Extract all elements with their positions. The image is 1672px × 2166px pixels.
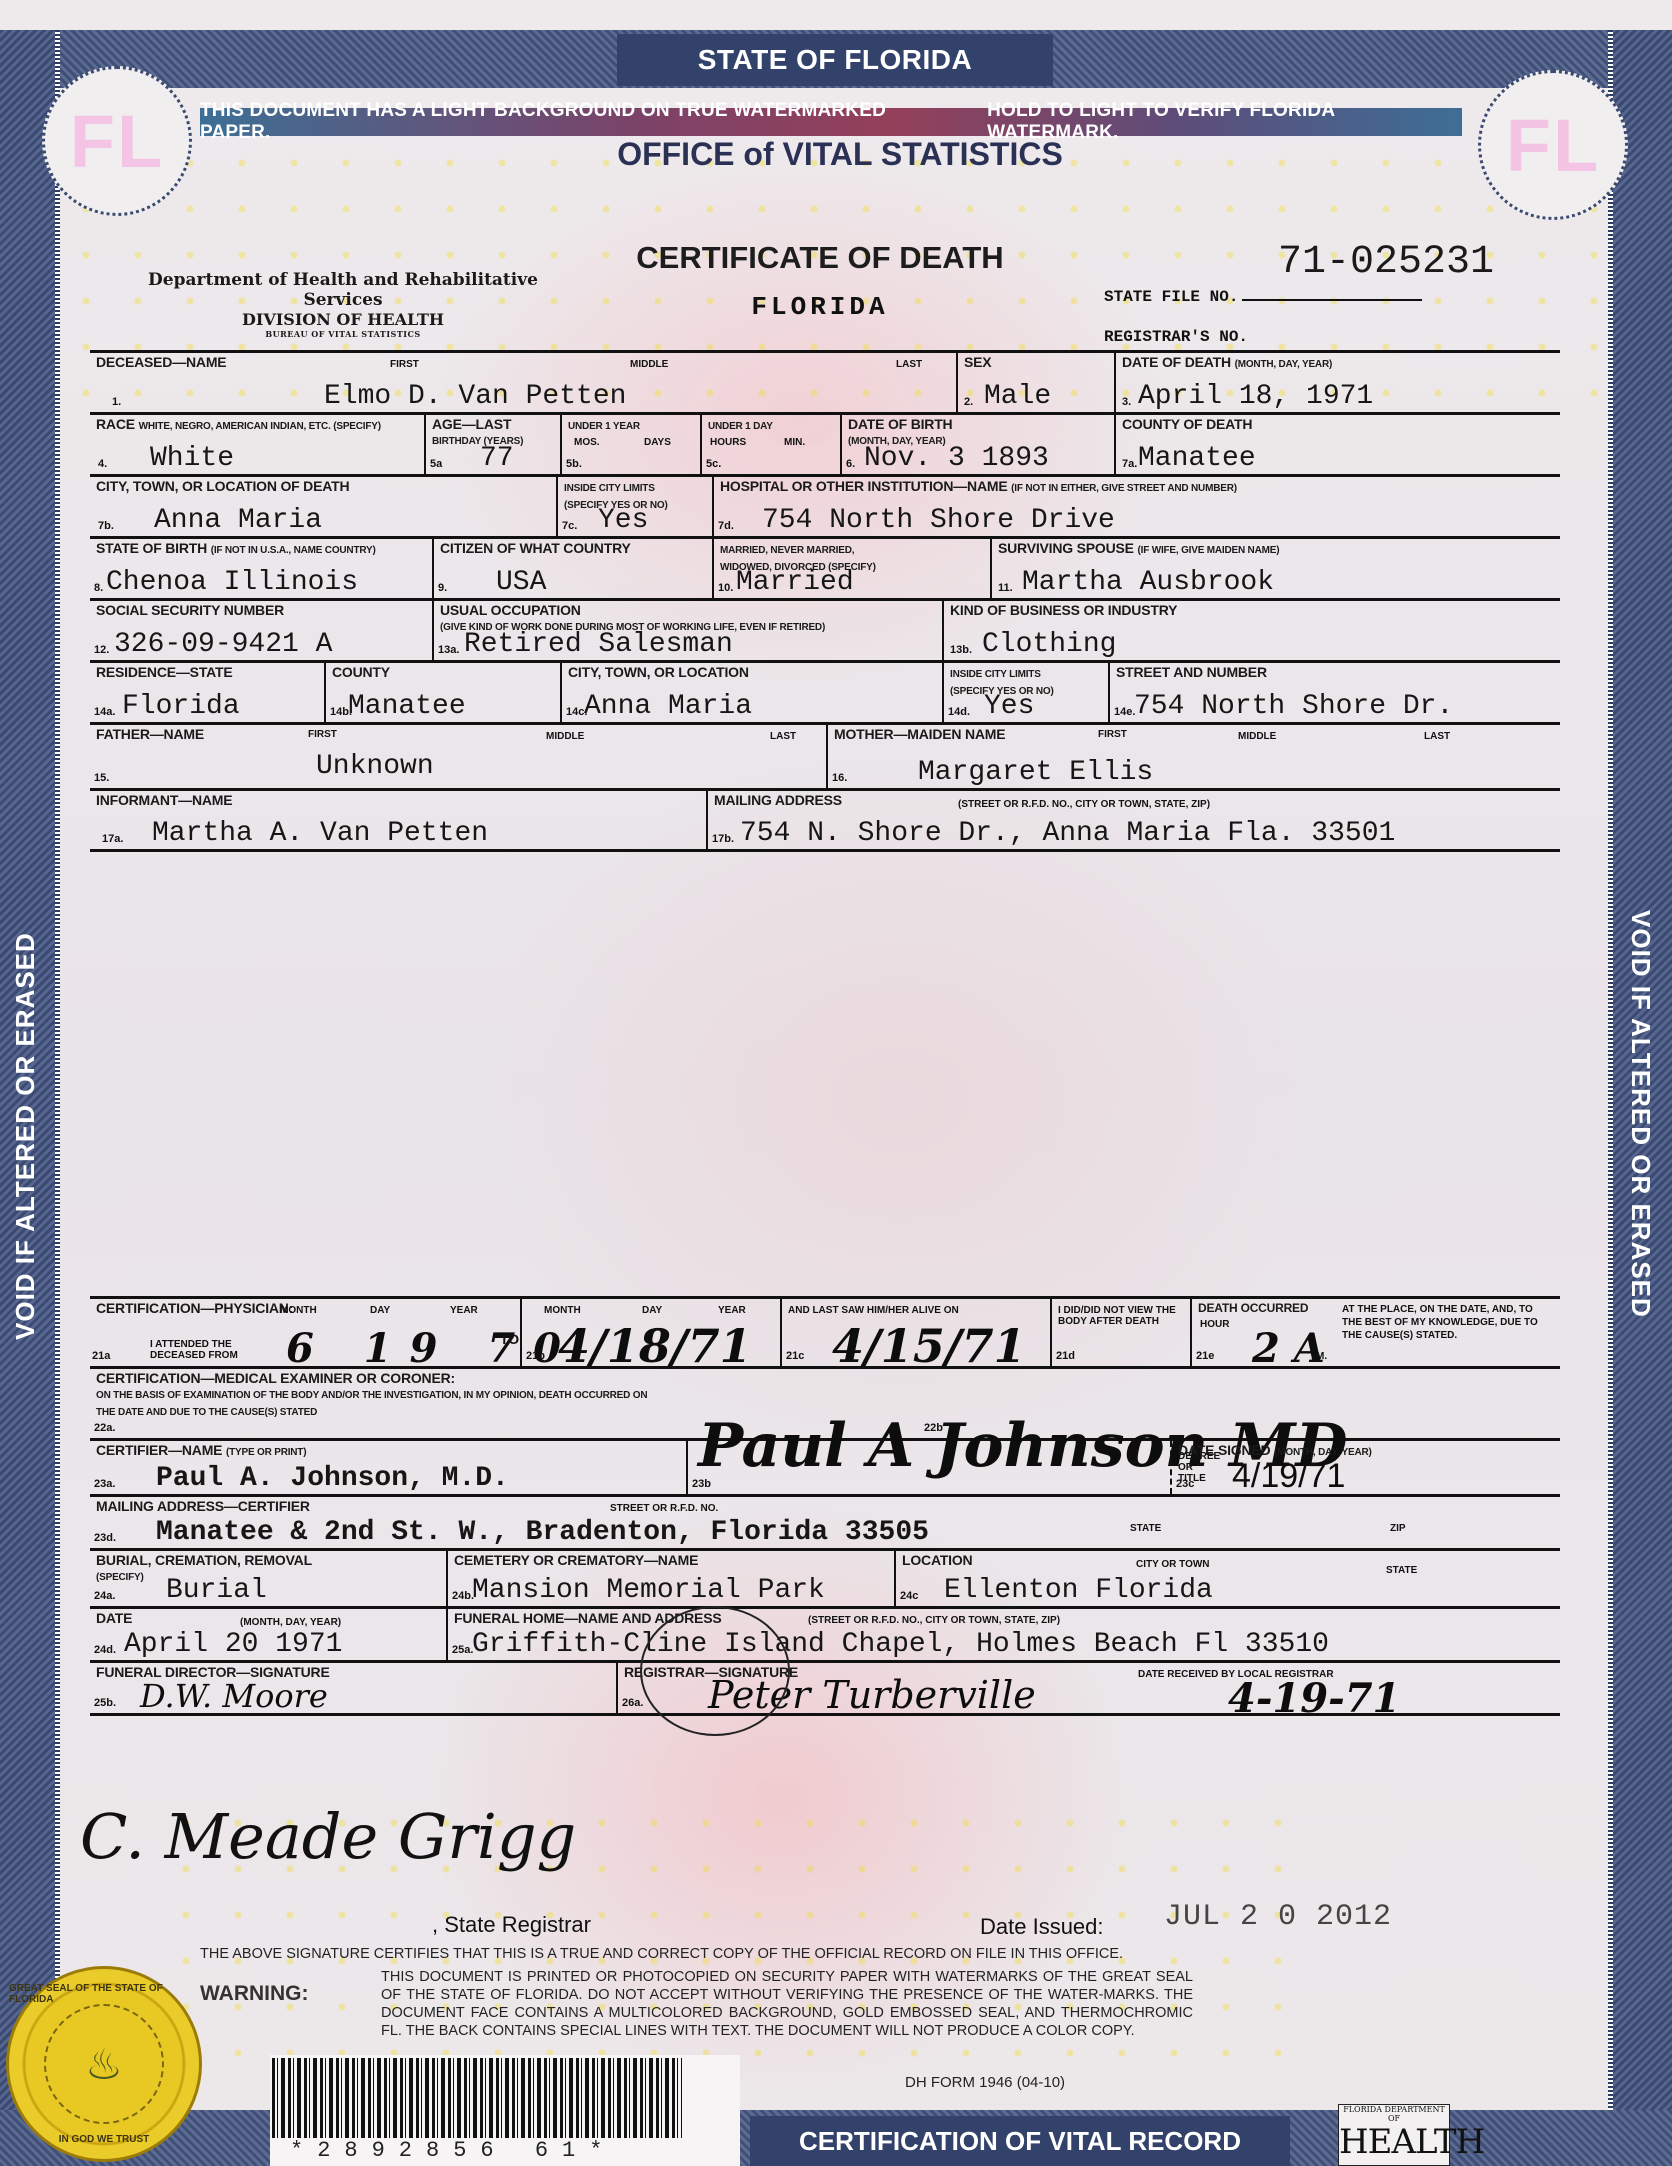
bureau-name: BUREAU OF VITAL STATISTICS	[108, 329, 578, 339]
field-informant-mailing: MAILING ADDRESS (STREET OR R.F.D. NO., C…	[706, 791, 1560, 849]
row-residence: RESIDENCE—STATE 14a. Florida COUNTY 14b.…	[90, 660, 1560, 722]
certificate-title: CERTIFICATE OF DEATH	[560, 240, 1080, 276]
field-father: FATHER—NAME FIRST MIDDLE LAST 15. Unknow…	[90, 725, 826, 788]
row-disposition: BURIAL, CREMATION, REMOVAL (SPECIFY) 24a…	[90, 1548, 1560, 1606]
field-residence-state: RESIDENCE—STATE 14a. Florida	[90, 663, 324, 722]
field-death-hour: DEATH OCCURRED HOUR 21e 2 A M. AT THE PL…	[1190, 1299, 1560, 1366]
division-name: DIVISION OF HEALTH	[108, 310, 578, 329]
field-residence-county: COUNTY 14b. Manatee	[324, 663, 560, 722]
field-citizen: CITIZEN OF WHAT COUNTRY 9. USA	[432, 539, 712, 598]
row-signatures: FUNERAL DIRECTOR—SIGNATURE 25b. D.W. Moo…	[90, 1660, 1560, 1716]
state-file-label: STATE FILE NO.	[1104, 288, 1422, 306]
vital-record-banner: CERTIFICATION OF VITAL RECORD	[750, 2116, 1290, 2166]
void-notice-left: VOID IF ALTERED OR ERASED	[10, 932, 41, 1340]
field-last-saw-alive: AND LAST SAW HIM/HER ALIVE ON 21c 4/15/7…	[780, 1299, 1050, 1366]
field-ssn: SOCIAL SECURITY NUMBER 12. 326-09-9421 A	[90, 601, 432, 660]
row-race-age: RACE WHITE, NEGRO, AMERICAN INDIAN, ETC.…	[90, 412, 1560, 474]
watermark-notice: THIS DOCUMENT HAS A LIGHT BACKGROUND ON …	[200, 108, 1462, 136]
field-under-1-day: UNDER 1 DAY HOURS MIN. 5c.	[700, 415, 840, 474]
florida-health-logo: FLORIDA DEPARTMENT OF HEALTH	[1338, 2104, 1450, 2166]
state-banner: STATE OF FLORIDA	[617, 34, 1053, 86]
field-date-of-death: DATE OF DEATH (MONTH, DAY, YEAR) 3. Apri…	[1114, 353, 1560, 412]
row-parents: FATHER—NAME FIRST MIDDLE LAST 15. Unknow…	[90, 722, 1560, 788]
dept-name: Department of Health and Rehabilitative …	[108, 270, 578, 310]
row-birth-citizen: STATE OF BIRTH (IF NOT IN U.S.A., NAME C…	[90, 536, 1560, 598]
field-race: RACE WHITE, NEGRO, AMERICAN INDIAN, ETC.…	[90, 415, 424, 474]
row-certifier: CERTIFIER—NAME (TYPE OR PRINT) 23a. Paul…	[90, 1438, 1560, 1494]
warning-label: WARNING:	[200, 1982, 309, 2006]
field-hospital: HOSPITAL OR OTHER INSTITUTION—NAME (IF N…	[712, 477, 1560, 536]
certification-statement: THE ABOVE SIGNATURE CERTIFIES THAT THIS …	[200, 1946, 1220, 1962]
registrar-no-label: REGISTRAR'S NO.	[1104, 328, 1248, 346]
field-attended-to: MONTH DAY YEAR 21b 4/18/71	[520, 1299, 780, 1366]
field-occupation: USUAL OCCUPATION (GIVE KIND OF WORK DONE…	[432, 601, 942, 660]
row-informant: INFORMANT—NAME 17a. Martha A. Van Petten…	[90, 788, 1560, 852]
field-certifier-name: CERTIFIER—NAME (TYPE OR PRINT) 23a. Paul…	[90, 1441, 686, 1494]
field-state-of-birth: STATE OF BIRTH (IF NOT IN U.S.A., NAME C…	[90, 539, 432, 598]
date-issued-label: Date Issued:	[980, 1914, 1104, 1940]
void-notice-right: VOID IF ALTERED OR ERASED	[1625, 910, 1656, 1318]
thermochromic-fl-right-icon: FL	[1478, 70, 1628, 220]
form-number: DH FORM 1946 (04-10)	[905, 2074, 1065, 2091]
row-physician: CERTIFICATION—PHYSICIAN: I ATTENDED THE …	[90, 1296, 1560, 1366]
row-ssn-occupation: SOCIAL SECURITY NUMBER 12. 326-09-9421 A…	[90, 598, 1560, 660]
date-issued-value: JUL 2 0 2012	[1164, 1900, 1392, 1934]
barcode-icon	[272, 2058, 682, 2138]
field-under-1-year: UNDER 1 YEAR MOS. DAYS 5b.	[560, 415, 700, 474]
circle-mark	[640, 1606, 790, 1736]
row-certifier-mailing: MAILING ADDRESS—CERTIFIER STREET OR R.F.…	[90, 1494, 1560, 1548]
row-name: DECEASED—NAME FIRST MIDDLE LAST 1. Elmo …	[90, 350, 1560, 412]
field-business: KIND OF BUSINESS OR INDUSTRY 13b. Clothi…	[942, 601, 1560, 660]
field-marital-status: MARRIED, NEVER MARRIED, WIDOWED, DIVORCE…	[712, 539, 990, 598]
field-surviving-spouse: SURVIVING SPOUSE (IF WIFE, GIVE MAIDEN N…	[990, 539, 1560, 598]
field-residence-inside-city: INSIDE CITY LIMITS (SPECIFY YES OR NO) 1…	[942, 663, 1108, 722]
field-burial-method: BURIAL, CREMATION, REMOVAL (SPECIFY) 24a…	[90, 1551, 446, 1606]
great-seal-icon: ♨ GREAT SEAL OF THE STATE OF FLORIDA IN …	[6, 1966, 202, 2162]
field-attended-from: CERTIFICATION—PHYSICIAN: I ATTENDED THE …	[90, 1299, 520, 1366]
field-date-signed: DATE SIGNED (MONTH, DAY, YEAR) 23c 4/19/…	[1170, 1441, 1560, 1494]
deceased-name-value: Elmo D. Van Petten	[324, 382, 626, 412]
field-certifier-signature: 23b Paul A Johnson MD DEGREE OR TITLE	[686, 1441, 1170, 1494]
field-funeral-home: FUNERAL HOME—NAME AND ADDRESS (STREET OR…	[446, 1609, 1560, 1660]
field-informant: INFORMANT—NAME 17a. Martha A. Van Petten	[90, 791, 706, 849]
field-city-of-death: CITY, TOWN, OR LOCATION OF DEATH 7b. Ann…	[90, 477, 556, 536]
row-place-of-death: CITY, TOWN, OR LOCATION OF DEATH 7b. Ann…	[90, 474, 1560, 536]
field-mother: MOTHER—MAIDEN NAME FIRST MIDDLE LAST 16.…	[826, 725, 1560, 788]
barcode-number: *2892856 61*	[290, 2138, 616, 2163]
field-name: DECEASED—NAME FIRST MIDDLE LAST 1. Elmo …	[90, 353, 956, 412]
field-county-of-death: COUNTY OF DEATH 7a. Manatee	[1114, 415, 1560, 474]
field-cemetery: CEMETERY OR CREMATORY—NAME 24b. Mansion …	[446, 1551, 894, 1606]
field-residence-city: CITY, TOWN, OR LOCATION 14c. Anna Maria	[560, 663, 942, 722]
field-age: AGE—LAST BIRTHDAY (YEARS) 5a 77	[424, 415, 560, 474]
field-residence-street: STREET AND NUMBER 14e. 754 North Shore D…	[1108, 663, 1560, 722]
field-certifier-mailing: MAILING ADDRESS—CERTIFIER STREET OR R.F.…	[90, 1497, 1560, 1548]
office-title: OFFICE of VITAL STATISTICS	[560, 136, 1120, 173]
palm-tree-icon: ♨	[44, 2004, 164, 2124]
state-registrar-signature: C. Meade Grigg	[80, 1800, 576, 1873]
thermochromic-fl-left-icon: FL	[42, 66, 192, 216]
field-burial-date: DATE (MONTH, DAY, YEAR) 24d. April 20 19…	[90, 1609, 446, 1660]
field-inside-city: INSIDE CITY LIMITS (SPECIFY YES OR NO) 7…	[556, 477, 712, 536]
field-funeral-director: FUNERAL DIRECTOR—SIGNATURE 25b. D.W. Moo…	[90, 1663, 616, 1713]
row-funeral-home: DATE (MONTH, DAY, YEAR) 24d. April 20 19…	[90, 1606, 1560, 1660]
field-view-body: I DID/DID NOT VIEW THE BODY AFTER DEATH …	[1050, 1299, 1190, 1366]
warning-text: THIS DOCUMENT IS PRINTED OR PHOTOCOPIED …	[381, 1968, 1193, 2040]
field-date-of-birth: DATE OF BIRTH (MONTH, DAY, YEAR) 6. Nov.…	[840, 415, 1114, 474]
department-heading: Department of Health and Rehabilitative …	[108, 270, 578, 339]
state-registrar-label: , State Registrar	[432, 1912, 591, 1938]
field-cemetery-location: LOCATION CITY OR TOWN STATE 24c Ellenton…	[894, 1551, 1560, 1606]
field-sex: SEX 2. Male	[956, 353, 1114, 412]
certificate-state: FLORIDA	[560, 292, 1080, 322]
state-file-number: 71-025231	[1278, 240, 1494, 285]
